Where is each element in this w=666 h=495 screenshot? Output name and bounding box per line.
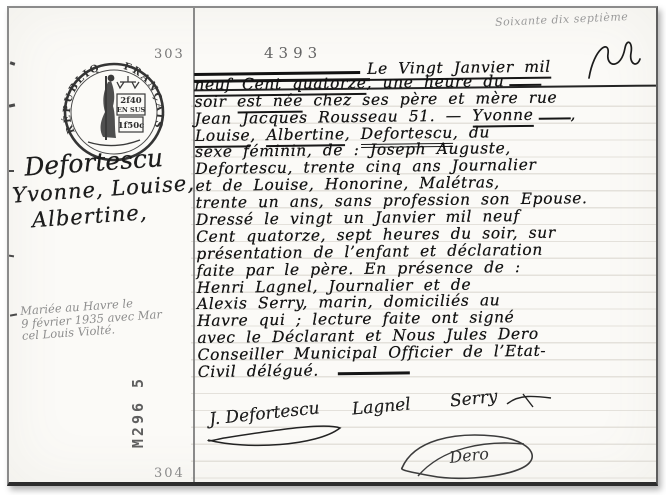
stamp-value-1: 2f40 bbox=[120, 96, 141, 106]
edge-mark bbox=[10, 313, 17, 316]
signature-serry-paraph bbox=[505, 390, 555, 410]
stamp-figure-head bbox=[108, 75, 115, 82]
stamp-figure-body bbox=[101, 81, 116, 138]
act-text-segment: , bbox=[345, 125, 361, 143]
stamp-value-2: EN SUS bbox=[117, 106, 146, 114]
edge-mark bbox=[9, 103, 15, 107]
stamp-value-box: 2f40 EN SUS 1f50c bbox=[117, 94, 146, 132]
edge-mark bbox=[9, 170, 14, 172]
folio-number-bottom: 304 bbox=[154, 466, 185, 481]
stamp-scales-icon bbox=[117, 76, 139, 88]
edge-mark bbox=[10, 61, 16, 65]
ink-rule bbox=[538, 109, 570, 119]
archive-code-stamp: M296 5 bbox=[129, 362, 153, 462]
register-page: Soixante dix septième 303 4393 304 RÉPUB… bbox=[7, 6, 658, 486]
scanned-civil-record: Soixante dix septième 303 4393 304 RÉPUB… bbox=[0, 0, 666, 495]
act-body-text: Le Vingt Janvier milneuf Cent quatorze, … bbox=[194, 54, 658, 381]
signature-defortescu-flourish bbox=[202, 416, 347, 452]
ink-rule bbox=[337, 364, 409, 376]
act-text-segment: Civil délégué. bbox=[198, 361, 330, 381]
act-text-segment: , bbox=[570, 105, 576, 123]
margin-marriage-note: Mariée au Havre le9 février 1935 avec Ma… bbox=[20, 295, 163, 342]
bottom-cut-signature-mark bbox=[417, 480, 465, 486]
ink-rule bbox=[509, 76, 541, 86]
edge-mark bbox=[9, 255, 14, 258]
margin-child-name: DefortescuYvonne, Louise,Albertine, bbox=[11, 142, 201, 235]
act-text-segment: , du bbox=[453, 123, 490, 141]
signature-dero-flourish: Dero bbox=[392, 430, 544, 482]
signature-dero-name: Dero bbox=[447, 444, 489, 467]
stamp-value-3: 1f50c bbox=[118, 121, 145, 131]
act-text-segment: , bbox=[250, 126, 266, 144]
act-text-segment: soir bbox=[194, 92, 237, 111]
corner-pencil-note: Soixante dix septième bbox=[495, 10, 629, 29]
